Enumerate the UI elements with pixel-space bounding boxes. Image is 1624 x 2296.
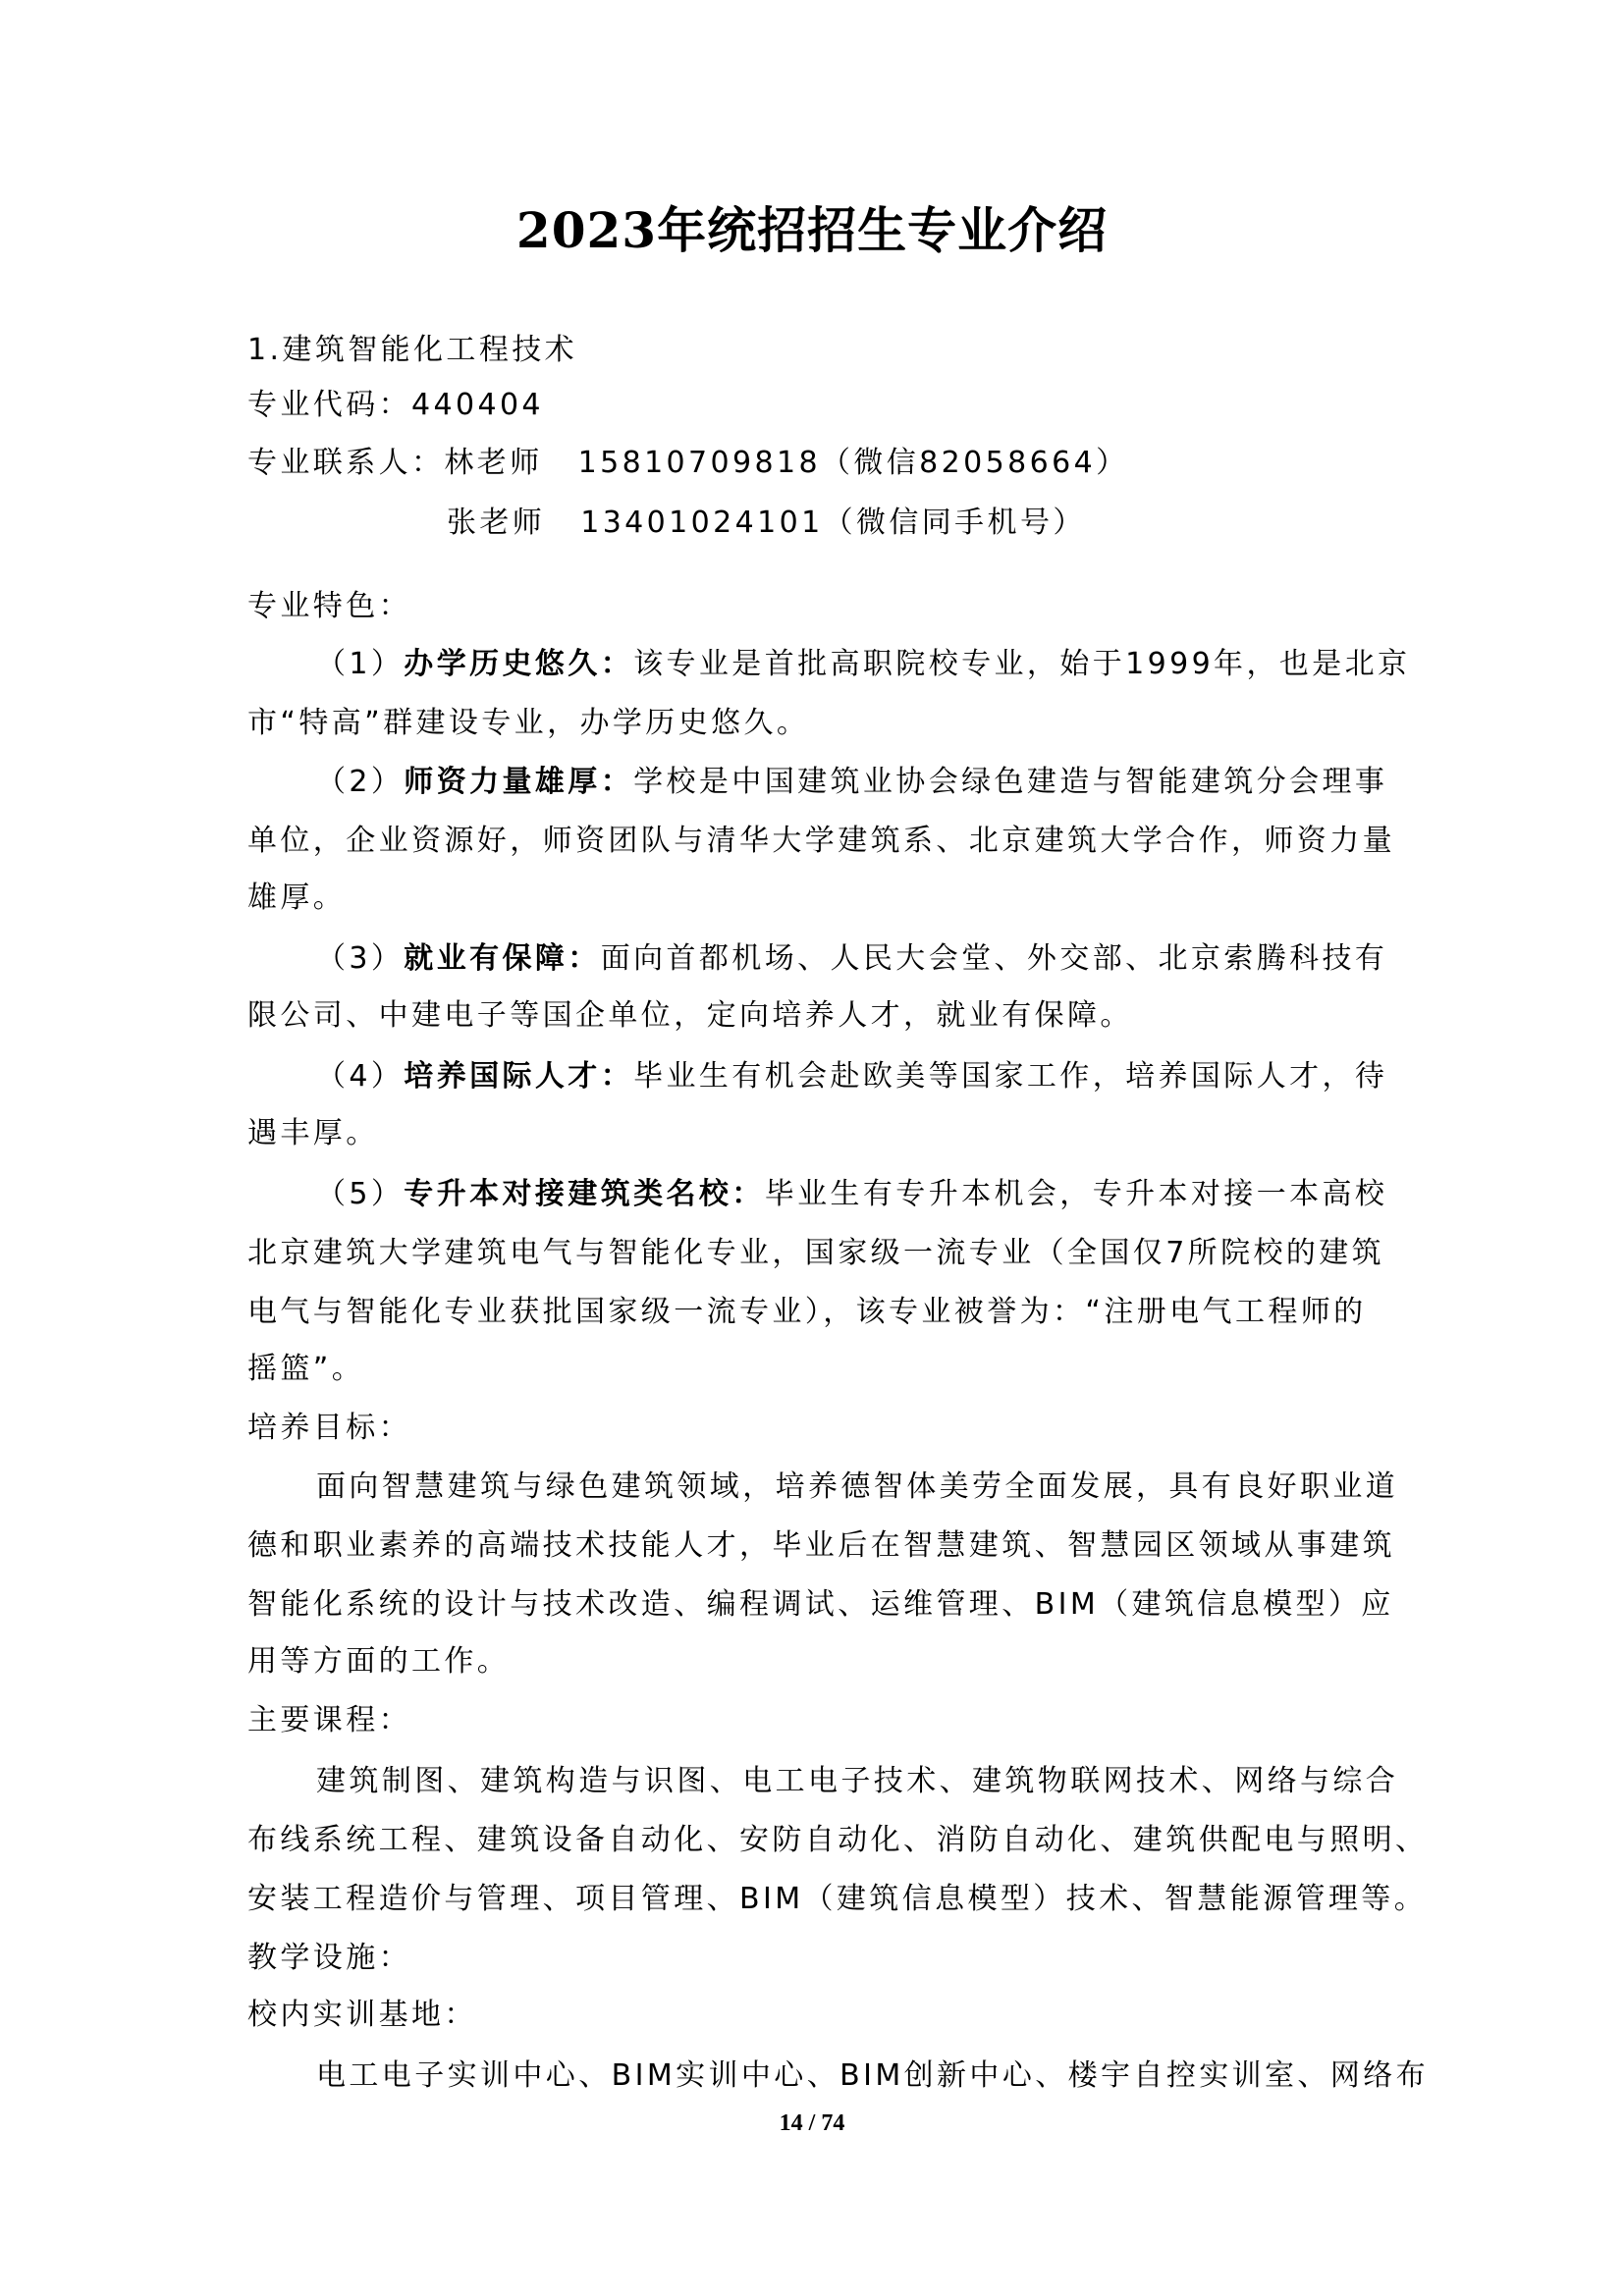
feature-text-line: 单位，企业资源好，师资团队与清华大学建筑系、北京建筑大学合作，师资力量 bbox=[247, 822, 1386, 861]
feature-item-1: （1）办学历史悠久：该专业是首批高职院校专业，始于1999年，也是北京 bbox=[316, 645, 1455, 684]
feature-text-line: 限公司、中建电子等国企单位，定向培养人才，就业有保障。 bbox=[247, 996, 1386, 1036]
goals-text-line: 用等方面的工作。 bbox=[247, 1642, 1386, 1682]
major-code-row: 专业代码：440404 bbox=[247, 386, 1386, 425]
contact-name: 张老师 bbox=[447, 506, 545, 540]
contact-row-1: 专业联系人：林老师15810709818（微信82058664） bbox=[247, 444, 1386, 483]
feature-title: 办学历史悠久： bbox=[404, 647, 633, 681]
feature-item-5: （5）专升本对接建筑类名校：毕业生有专升本机会，专升本对接一本高校 bbox=[316, 1175, 1455, 1214]
major-code-label: 专业代码： bbox=[247, 388, 411, 422]
feature-text-line: 摇篮”。 bbox=[247, 1350, 1386, 1389]
contact-note: （微信同手机号） bbox=[824, 506, 1086, 540]
feature-text: 毕业生有专升本机会，专升本对接一本高校 bbox=[765, 1177, 1388, 1211]
facilities-text-line: 电工电子实训中心、BIM实训中心、BIM创新中心、楼宇自控实训室、网络布 bbox=[316, 2056, 1455, 2096]
feature-title: 培养国际人才： bbox=[404, 1059, 633, 1094]
courses-heading: 主要课程： bbox=[247, 1701, 1386, 1740]
feature-num: （4） bbox=[316, 1059, 404, 1094]
facilities-heading: 教学设施： bbox=[247, 1939, 1386, 1978]
goals-text-line: 智能化系统的设计与技术改造、编程调试、运维管理、BIM（建筑信息模型）应 bbox=[247, 1585, 1386, 1625]
feature-title: 师资力量雄厚： bbox=[404, 765, 633, 799]
feature-text-line: 电气与智能化专业获批国家级一流专业），该专业被誉为：“注册电气工程师的 bbox=[247, 1293, 1386, 1332]
major-heading: 1.建筑智能化工程技术 bbox=[247, 331, 1386, 370]
feature-title: 专升本对接建筑类名校： bbox=[404, 1177, 764, 1211]
feature-num: （3） bbox=[316, 941, 404, 976]
contact-name: 林老师 bbox=[444, 446, 542, 480]
goals-text-line: 德和职业素养的高端技术技能人才，毕业后在智慧建筑、智慧园区领域从事建筑 bbox=[247, 1526, 1386, 1566]
feature-text: 面向首都机场、人民大会堂、外交部、北京索腾科技有 bbox=[601, 941, 1388, 976]
courses-text-line: 安装工程造价与管理、项目管理、BIM（建筑信息模型）技术、智慧能源管理等。 bbox=[247, 1880, 1386, 1919]
major-code-value: 440404 bbox=[411, 388, 544, 422]
contact-note: （微信82058664） bbox=[821, 446, 1129, 480]
feature-text-line: 雄厚。 bbox=[247, 879, 1386, 918]
page-number: 14 / 74 bbox=[0, 2110, 1624, 2137]
feature-text: 该专业是首批高职院校专业，始于1999年，也是北京 bbox=[633, 647, 1410, 681]
goals-heading: 培养目标： bbox=[247, 1409, 1386, 1448]
features-heading: 专业特色： bbox=[247, 587, 1386, 626]
contact-phone: 15810709818 bbox=[578, 446, 821, 480]
feature-num: （2） bbox=[316, 765, 404, 799]
courses-text-line: 布线系统工程、建筑设备自动化、安防自动化、消防自动化、建筑供配电与照明、 bbox=[247, 1821, 1386, 1860]
feature-text-line: 市“特高”群建设专业，办学历史悠久。 bbox=[247, 704, 1386, 743]
onsite-training-heading: 校内实训基地： bbox=[247, 1996, 1386, 2035]
document-page: 2023年统招招生专业介绍 1.建筑智能化工程技术 专业代码：440404 专业… bbox=[0, 0, 1624, 2296]
page-title: 2023年统招招生专业介绍 bbox=[0, 199, 1624, 262]
feature-text: 学校是中国建筑业协会绿色建造与智能建筑分会理事 bbox=[633, 765, 1387, 799]
feature-title: 就业有保障： bbox=[404, 941, 600, 976]
feature-item-4: （4）培养国际人才：毕业生有机会赴欧美等国家工作，培养国际人才，待 bbox=[316, 1057, 1455, 1096]
feature-text: 毕业生有机会赴欧美等国家工作，培养国际人才，待 bbox=[633, 1059, 1387, 1094]
feature-text-line: 遇丰厚。 bbox=[247, 1114, 1386, 1153]
contact-row-2: 张老师13401024101（微信同手机号） bbox=[447, 504, 1586, 543]
goals-text-line: 面向智慧建筑与绿色建筑领域，培养德智体美劳全面发展，具有良好职业道 bbox=[316, 1468, 1455, 1507]
contact-label: 专业联系人： bbox=[247, 446, 444, 480]
feature-num: （5） bbox=[316, 1177, 404, 1211]
feature-item-2: （2）师资力量雄厚：学校是中国建筑业协会绿色建造与智能建筑分会理事 bbox=[316, 763, 1455, 802]
contact-phone: 13401024101 bbox=[580, 506, 823, 540]
feature-num: （1） bbox=[316, 647, 404, 681]
courses-text-line: 建筑制图、建筑构造与识图、电工电子技术、建筑物联网技术、网络与综合 bbox=[316, 1762, 1455, 1801]
feature-item-3: （3）就业有保障：面向首都机场、人民大会堂、外交部、北京索腾科技有 bbox=[316, 939, 1455, 979]
feature-text-line: 北京建筑大学建筑电气与智能化专业，国家级一流专业（全国仅7所院校的建筑 bbox=[247, 1234, 1386, 1273]
